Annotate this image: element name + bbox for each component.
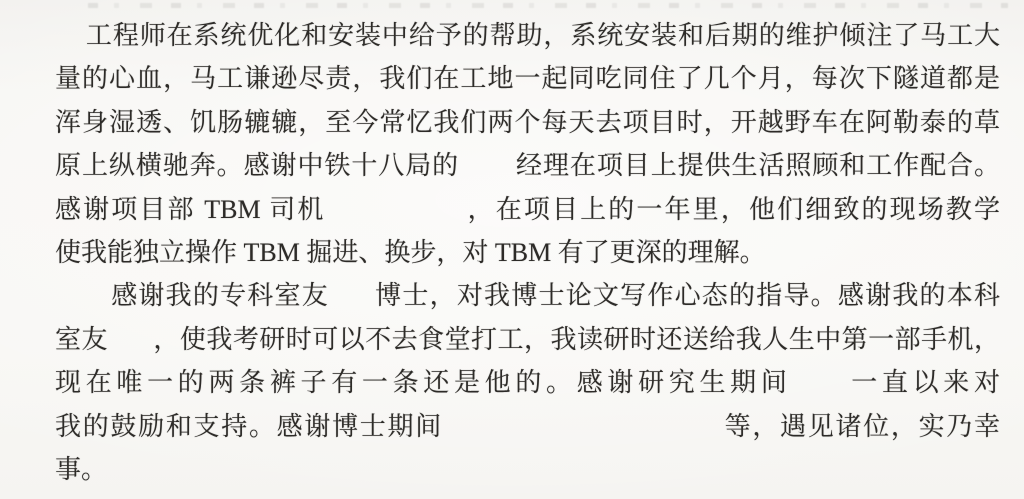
text-segment: 使我能独立操作 TBM 掘进、换步，对 TBM 有了更深的理解。 xyxy=(55,238,766,267)
paragraph-indent xyxy=(55,42,85,44)
redacted-name-gap xyxy=(326,216,466,218)
redacted-name-gap xyxy=(459,172,515,174)
text-segment: 我的鼓励和支持。感谢博士期间 xyxy=(55,412,443,441)
redacted-name-gap xyxy=(108,346,153,348)
text-segment: 感谢项目部 TBM 司机 xyxy=(55,195,326,224)
text-segment: ，使我考研时可以不去食堂打工，我读研时还送给我人生中第一部手机， xyxy=(153,325,1000,354)
text-segment: 等，遇见诸位，实乃幸 xyxy=(723,412,1000,441)
text-line: 使我能独立操作 TBM 掘进、换步，对 TBM 有了更深的理解。 xyxy=(55,231,1000,274)
document-page: 工程师在系统优化和安装中给予的帮助，系统安装和后期的维护倾注了马工大量的心血，马… xyxy=(0,0,1024,499)
text-line: 浑身湿透、饥肠辘辘，至今常忆我们两个每天去项目时，开越野车在阿勒泰的草 xyxy=(55,101,1000,144)
text-segment: 事。 xyxy=(55,455,107,484)
cutoff-text-remnant xyxy=(88,1,1008,8)
text-segment: 感谢我的专科室友 xyxy=(110,281,329,310)
paragraph-indent xyxy=(55,302,110,304)
redacted-name-gap xyxy=(329,302,374,304)
text-segment: 经理在项目上提供生活照顾和工作配合。 xyxy=(515,151,1000,180)
text-line: 我的鼓励和支持。感谢博士期间等，遇见诸位，实乃幸 xyxy=(55,405,1000,448)
text-line: 感谢项目部 TBM 司机，在项目上的一年里，他们细致的现场教学 xyxy=(55,188,1000,231)
text-segment: 原上纵横驰奔。感谢中铁十八局的 xyxy=(55,151,459,180)
text-segment: 现在唯一的两条裤子有一条还是他的。感谢研究生期间 xyxy=(55,368,792,397)
text-segment: 室友 xyxy=(55,325,108,354)
text-line: 量的心血，马工谦逊尽责，我们在工地一起同吃同住了几个月，每次下隧道都是 xyxy=(55,57,1000,100)
text-segment: 量的心血，马工谦逊尽责，我们在工地一起同吃同住了几个月，每次下隧道都是 xyxy=(55,64,1000,93)
redacted-name-gap xyxy=(792,389,847,391)
text-line: 现在唯一的两条裤子有一条还是他的。感谢研究生期间一直以来对 xyxy=(55,361,1000,404)
redacted-name-gap xyxy=(443,433,723,435)
text-segment: 工程师在系统优化和安装中给予的帮助，系统安装和后期的维护倾注了马工大 xyxy=(85,21,1000,50)
text-block: 工程师在系统优化和安装中给予的帮助，系统安装和后期的维护倾注了马工大量的心血，马… xyxy=(55,14,1000,491)
text-line: 感谢我的专科室友博士，对我博士论文写作心态的指导。感谢我的本科 xyxy=(55,274,1000,317)
text-line: 原上纵横驰奔。感谢中铁十八局的经理在项目上提供生活照顾和工作配合。 xyxy=(55,144,1000,187)
text-line: 事。 xyxy=(55,448,1000,491)
text-segment: 一直以来对 xyxy=(847,368,1000,397)
text-line: 室友，使我考研时可以不去食堂打工，我读研时还送给我人生中第一部手机， xyxy=(55,318,1000,361)
text-segment: 浑身湿透、饥肠辘辘，至今常忆我们两个每天去项目时，开越野车在阿勒泰的草 xyxy=(55,108,1000,137)
text-segment: 博士，对我博士论文写作心态的指导。感谢我的本科 xyxy=(374,281,1000,310)
text-line: 工程师在系统优化和安装中给予的帮助，系统安装和后期的维护倾注了马工大 xyxy=(55,14,1000,57)
text-segment: ，在项目上的一年里，他们细致的现场教学 xyxy=(466,195,1000,224)
